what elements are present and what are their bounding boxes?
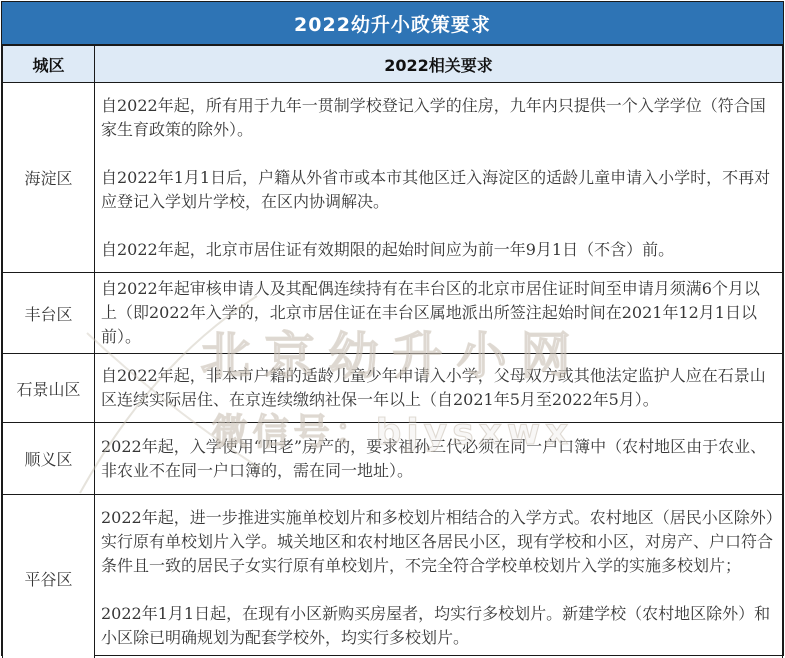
policy-paragraph: 2022年1月1日起，在现有小区新购买房屋者，均实行多校划片。新建学校（农村地区… [101, 602, 774, 650]
table-row: 石景山区自2022年起，非本市户籍的适龄儿童少年申请入小学，父母双方或其他法定监… [3, 354, 783, 423]
policy-paragraph: 自2022年起，所有用于九年一贯制学校登记入学的住房，九年内只提供一个入学学位（… [101, 94, 774, 142]
district-cell: 石景山区 [3, 354, 95, 423]
policy-table: 城区 2022相关要求 海淀区自2022年起，所有用于九年一贯制学校登记入学的住… [2, 45, 783, 658]
header-cell-district: 城区 [3, 46, 95, 83]
policy-paragraph: 2022年起，进一步推进实施单校划片和多校划片相结合的入学方式。农村地区（居民小… [101, 506, 774, 578]
requirements-cell: 自2022年起，所有用于九年一贯制学校登记入学的住房，九年内只提供一个入学学位（… [95, 83, 783, 273]
policy-table-page: 2022幼升小政策要求 城区 2022相关要求 海淀区自2022年起，所有用于九… [0, 0, 785, 658]
requirements-cell: 2022年起，入学使用“四老”房产的，要求祖孙三代必须在同一户口簿中（农村地区由… [95, 423, 783, 495]
header-row: 城区 2022相关要求 [3, 46, 783, 83]
district-cell: 丰台区 [3, 273, 95, 354]
table-frame: 2022幼升小政策要求 城区 2022相关要求 海淀区自2022年起，所有用于九… [1, 1, 784, 656]
requirements-cell: 2022年起，进一步推进实施单校划片和多校划片相结合的入学方式。农村地区（居民小… [95, 495, 783, 658]
policy-paragraph: 2022年起，入学使用“四老”房产的，要求祖孙三代必须在同一户口簿中（农村地区由… [101, 435, 774, 483]
policy-table-body: 海淀区自2022年起，所有用于九年一贯制学校登记入学的住房，九年内只提供一个入学… [3, 83, 783, 658]
requirements-cell: 自2022年起审核申请人及其配偶连续持有在丰台区的北京市居住证时间至申请月须满6… [95, 273, 783, 354]
district-cell: 海淀区 [3, 83, 95, 273]
table-row: 顺义区2022年起，入学使用“四老”房产的，要求祖孙三代必须在同一户口簿中（农村… [3, 423, 783, 495]
policy-paragraph: 自2022年1月1日后，户籍从外省市或本市其他区迁入海淀区的适龄儿童申请入小学时… [101, 166, 774, 214]
district-cell: 平谷区 [3, 495, 95, 658]
page-title: 2022幼升小政策要求 [2, 2, 783, 45]
policy-paragraph: 自2022年起审核申请人及其配偶连续持有在丰台区的北京市居住证时间至申请月须满6… [101, 277, 774, 349]
table-row: 丰台区自2022年起审核申请人及其配偶连续持有在丰台区的北京市居住证时间至申请月… [3, 273, 783, 354]
policy-paragraph: 自2022年起，北京市居住证有效期限的起始时间应为前一年9月1日（不含）前。 [101, 238, 774, 262]
policy-paragraph: 自2022年起，非本市户籍的适龄儿童少年申请入小学，父母双方或其他法定监护人应在… [101, 364, 774, 412]
district-cell: 顺义区 [3, 423, 95, 495]
table-row: 平谷区2022年起，进一步推进实施单校划片和多校划片相结合的入学方式。农村地区（… [3, 495, 783, 658]
requirements-cell: 自2022年起，非本市户籍的适龄儿童少年申请入小学，父母双方或其他法定监护人应在… [95, 354, 783, 423]
header-cell-requirements: 2022相关要求 [95, 46, 783, 83]
table-row: 海淀区自2022年起，所有用于九年一贯制学校登记入学的住房，九年内只提供一个入学… [3, 83, 783, 273]
